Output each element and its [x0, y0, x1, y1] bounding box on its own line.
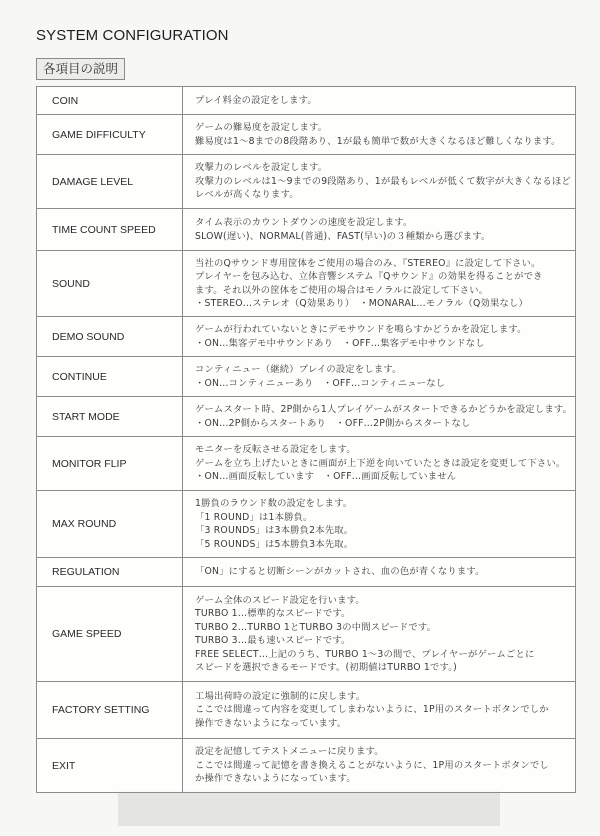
setting-name: REGULATION — [37, 558, 183, 587]
setting-description: 「ON」にすると切断シーンがカットされ、血の色が青くなります。 — [183, 558, 576, 587]
setting-description: 攻撃力のレベルを設定します。攻撃力のレベルは1〜9までの9段階あり、1が最もレベ… — [183, 155, 576, 209]
description-line: ゲームスタート時、2P側から1人プレイゲームがスタートできるかどうかを設定します… — [195, 403, 575, 417]
description-line: プレイ料金の設定をします。 — [195, 94, 575, 108]
description-line: TURBO 2…TURBO 1とTURBO 3の中間スピードです。 — [195, 621, 575, 635]
table-row: GAME DIFFICULTYゲームの難易度を設定します。難易度は1〜8までの8… — [37, 115, 576, 155]
setting-name: GAME DIFFICULTY — [37, 115, 183, 155]
description-line: ・ON…コンティニューあり ・OFF…コンティニューなし — [195, 377, 575, 391]
description-line: モニターを反転させる設定をします。 — [195, 443, 575, 457]
description-line: プレイヤーを包み込む、立体音響システム『Qサウンド』の効果を得ることができ — [195, 270, 575, 284]
description-line: FREE SELECT…上記のうち、TURBO 1〜3の間で、プレイヤーがゲーム… — [195, 648, 575, 662]
setting-description: 工場出荷時の設定に強制的に戻します。ここでは間違って内容を変更してしまわないよう… — [183, 682, 576, 739]
setting-description: ゲーム全体のスピード設定を行います。TURBO 1…標準的なスピードです。TUR… — [183, 587, 576, 682]
setting-name: TIME COUNT SPEED — [37, 209, 183, 251]
setting-name: DAMAGE LEVEL — [37, 155, 183, 209]
setting-name: EXIT — [37, 739, 183, 793]
setting-name: COIN — [37, 87, 183, 115]
setting-description: ゲームスタート時、2P側から1人プレイゲームがスタートできるかどうかを設定します… — [183, 397, 576, 437]
description-line: ここでは間違って記憶を書き換えることがないように、1P用のスタートボタンでし — [195, 759, 575, 773]
description-line: 1勝負のラウンド数の設定をします。 — [195, 497, 575, 511]
description-line: コンティニュー（継続）プレイの設定をします。 — [195, 363, 575, 377]
table-row: DEMO SOUNDゲームが行われていないときにデモサウンドを鳴らすかどうかを設… — [37, 317, 576, 357]
description-line: 攻撃力のレベルを設定します。 — [195, 161, 575, 175]
setting-name: GAME SPEED — [37, 587, 183, 682]
description-line: ゲームが行われていないときにデモサウンドを鳴らすかどうかを設定します。 — [195, 323, 575, 337]
description-line: ・STEREO…ステレオ（Q効果あり） ・MONARAL…モノラル（Q効果なし） — [195, 297, 575, 311]
setting-name: SOUND — [37, 251, 183, 317]
table-row: SOUND当社のQサウンド専用筐体をご使用の場合のみ、『STEREO』に設定して… — [37, 251, 576, 317]
description-line: スピードを選択できるモードです。(初期値はTURBO 1です。) — [195, 661, 575, 675]
config-table: COINプレイ料金の設定をします。GAME DIFFICULTYゲームの難易度を… — [36, 86, 576, 793]
description-line: レベルが高くなります。 — [195, 188, 575, 202]
setting-description: 当社のQサウンド専用筐体をご使用の場合のみ、『STEREO』に設定して下さい。プ… — [183, 251, 576, 317]
description-line: 工場出荷時の設定に強制的に戻します。 — [195, 690, 575, 704]
description-line: TURBO 1…標準的なスピードです。 — [195, 607, 575, 621]
table-row: GAME SPEEDゲーム全体のスピード設定を行います。TURBO 1…標準的な… — [37, 587, 576, 682]
setting-name: MAX ROUND — [37, 491, 183, 558]
description-line: 攻撃力のレベルは1〜9までの9段階あり、1が最もレベルが低くて数字が大きくなるほ… — [195, 175, 575, 189]
setting-description: 1勝負のラウンド数の設定をします。「1 ROUND」は1本勝負。「3 ROUND… — [183, 491, 576, 558]
description-line: ・ON…集客デモ中サウンドあり ・OFF…集客デモ中サウンドなし — [195, 337, 575, 351]
description-line: 「ON」にすると切断シーンがカットされ、血の色が青くなります。 — [195, 565, 575, 579]
setting-name: CONTINUE — [37, 357, 183, 397]
description-line: 設定を記憶してテストメニューに戻ります。 — [195, 745, 575, 759]
description-line: ・ON…画面反転しています ・OFF…画面反転していません — [195, 470, 575, 484]
table-row: TIME COUNT SPEEDタイム表示のカウントダウンの速度を設定します。S… — [37, 209, 576, 251]
description-line: 難易度は1〜8までの8段階あり、1が最も簡単で数が大きくなるほど難しくなります。 — [195, 135, 575, 149]
setting-description: ゲームが行われていないときにデモサウンドを鳴らすかどうかを設定します。・ON…集… — [183, 317, 576, 357]
table-row: MAX ROUND1勝負のラウンド数の設定をします。「1 ROUND」は1本勝負… — [37, 491, 576, 558]
table-body: COINプレイ料金の設定をします。GAME DIFFICULTYゲームの難易度を… — [37, 87, 576, 793]
table-row: START MODEゲームスタート時、2P側から1人プレイゲームがスタートできる… — [37, 397, 576, 437]
setting-name: START MODE — [37, 397, 183, 437]
table-row: COINプレイ料金の設定をします。 — [37, 87, 576, 115]
table-row: REGULATION「ON」にすると切断シーンがカットされ、血の色が青くなります… — [37, 558, 576, 587]
table-row: DAMAGE LEVEL攻撃力のレベルを設定します。攻撃力のレベルは1〜9までの… — [37, 155, 576, 209]
description-line: 「3 ROUNDS」は3本勝負2本先取。 — [195, 524, 575, 538]
table-row: EXIT設定を記憶してテストメニューに戻ります。ここでは間違って記憶を書き換える… — [37, 739, 576, 793]
setting-description: ゲームの難易度を設定します。難易度は1〜8までの8段階あり、1が最も簡単で数が大… — [183, 115, 576, 155]
table-row: CONTINUEコンティニュー（継続）プレイの設定をします。・ON…コンティニュ… — [37, 357, 576, 397]
background-shade — [118, 790, 500, 826]
setting-description: モニターを反転させる設定をします。ゲームを立ち上げたいときに画面が上下逆を向いて… — [183, 437, 576, 491]
description-line: か操作できないようになっています。 — [195, 772, 575, 786]
setting-name: FACTORY SETTING — [37, 682, 183, 739]
description-line: 操作できないようになっています。 — [195, 717, 575, 731]
setting-description: コンティニュー（継続）プレイの設定をします。・ON…コンティニューあり ・OFF… — [183, 357, 576, 397]
description-line: ・ON…2P側からスタートあり ・OFF…2P側からスタートなし — [195, 417, 575, 431]
description-line: ゲームを立ち上げたいときに画面が上下逆を向いていたときは設定を変更して下さい。 — [195, 457, 575, 471]
setting-description: タイム表示のカウントダウンの速度を設定します。SLOW(遅い)、NORMAL(普… — [183, 209, 576, 251]
setting-name: MONITOR FLIP — [37, 437, 183, 491]
description-line: 「5 ROUNDS」は5本勝負3本先取。 — [195, 538, 575, 552]
description-line: ます。それ以外の筐体をご使用の場合はモノラルに設定して下さい。 — [195, 284, 575, 298]
table-row: MONITOR FLIPモニターを反転させる設定をします。ゲームを立ち上げたいと… — [37, 437, 576, 491]
setting-description: プレイ料金の設定をします。 — [183, 87, 576, 115]
table-row: FACTORY SETTING工場出荷時の設定に強制的に戻します。ここでは間違っ… — [37, 682, 576, 739]
description-line: 「1 ROUND」は1本勝負。 — [195, 511, 575, 525]
description-line: ゲームの難易度を設定します。 — [195, 121, 575, 135]
section-label: 各項目の説明 — [36, 58, 125, 80]
description-line: タイム表示のカウントダウンの速度を設定します。 — [195, 216, 575, 230]
setting-name: DEMO SOUND — [37, 317, 183, 357]
description-line: SLOW(遅い)、NORMAL(普通)、FAST(早い)の３種類から選びます。 — [195, 230, 575, 244]
description-line: ゲーム全体のスピード設定を行います。 — [195, 594, 575, 608]
setting-description: 設定を記憶してテストメニューに戻ります。ここでは間違って記憶を書き換えることがな… — [183, 739, 576, 793]
description-line: ここでは間違って内容を変更してしまわないように、1P用のスタートボタンでしか — [195, 703, 575, 717]
description-line: TURBO 3…最も速いスピードです。 — [195, 634, 575, 648]
description-line: 当社のQサウンド専用筐体をご使用の場合のみ、『STEREO』に設定して下さい。 — [195, 257, 575, 271]
page-title: SYSTEM CONFIGURATION — [36, 27, 229, 44]
